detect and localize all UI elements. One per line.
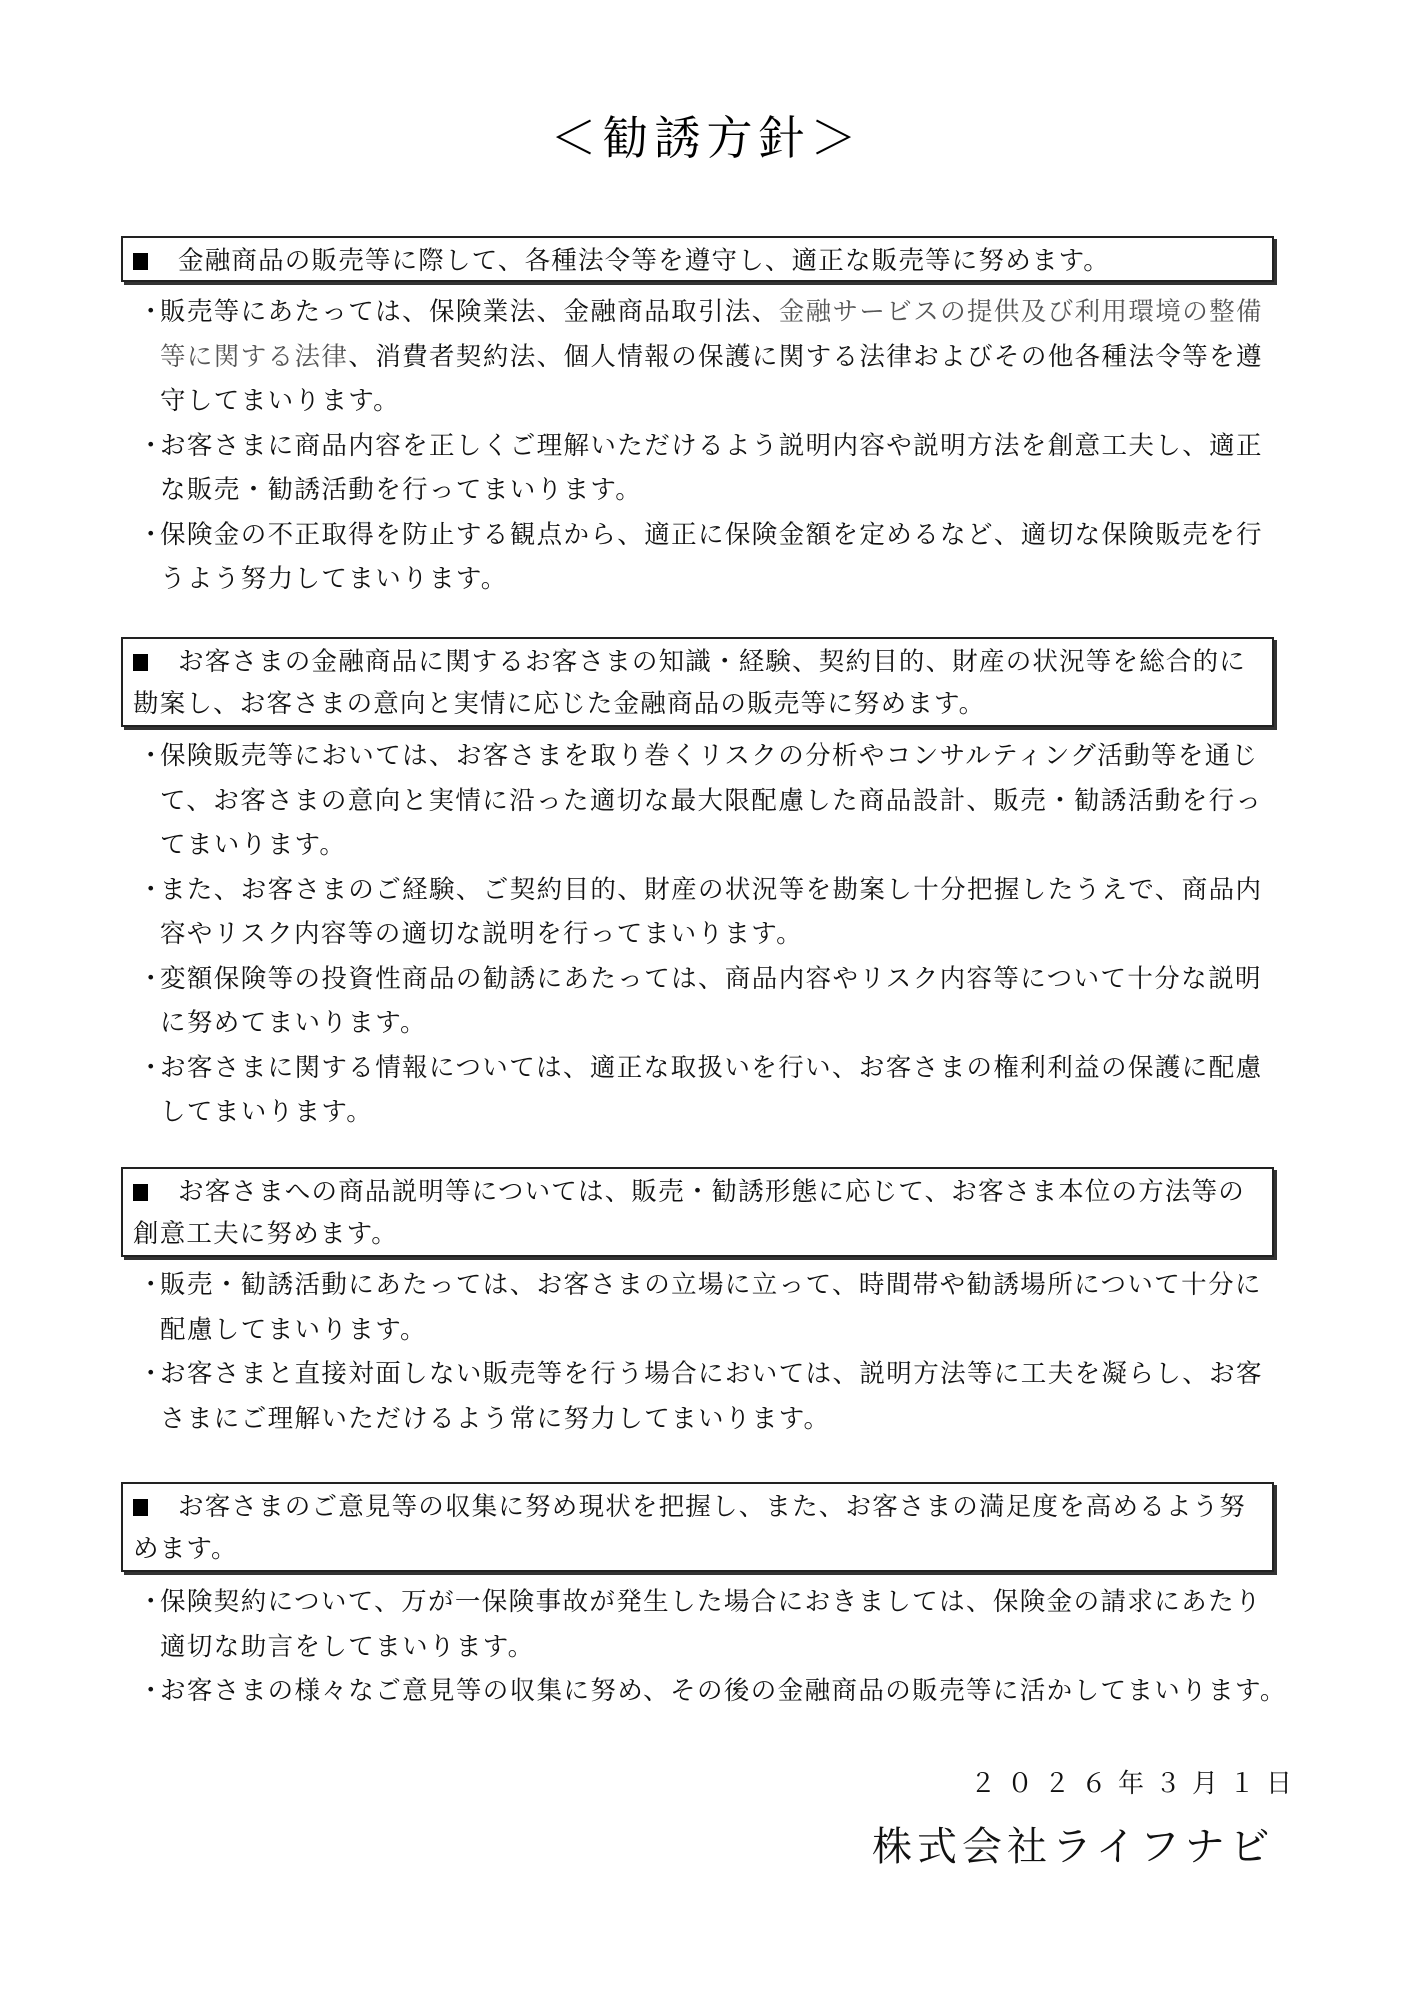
- list-item-text: お客さまの様々なご意見等の収集に努め、その後の金融商品の販売等に活かしてまいりま…: [160, 1676, 1287, 1706]
- square-bullet-icon: [133, 1184, 148, 1201]
- bullet-list: ・ 保険販売等においては、お客さまを取り巻くリスクの分析やコンサルティング活動等…: [138, 734, 1288, 1135]
- list-item-text: また、お客さまのご経験、ご契約目的、財産の状況等を勘案し十分把握したうえで、商品…: [160, 875, 1262, 950]
- page-title: ＜勧誘方針＞: [0, 108, 1413, 168]
- list-item: ・ お客さまに商品内容を正しくご理解いただけるよう説明内容や説明方法を創意工夫し…: [138, 424, 1288, 513]
- list-item-text: お客さまに商品内容を正しくご理解いただけるよう説明内容や説明方法を創意工夫し、適…: [160, 431, 1263, 506]
- square-bullet-icon: [133, 1499, 148, 1516]
- list-item: ・ お客さまに関する情報については、適正な取扱いを行い、お客さまの権利利益の保護…: [138, 1046, 1288, 1135]
- section-heading-box: お客さまの金融商品に関するお客さまの知識・経験、契約目的、財産の状況等を総合的に…: [121, 637, 1274, 727]
- list-item-text: 保険販売等においては、お客さまを取り巻くリスクの分析やコンサルティング活動等を通…: [160, 741, 1262, 860]
- list-item: ・ 販売・勧誘活動にあたっては、お客さまの立場に立って、時間帯や勧誘場所について…: [138, 1263, 1288, 1352]
- list-item-text: 保険金の不正取得を防止する観点から、適正に保険金額を定めるなど、適切な保険販売を…: [160, 520, 1263, 595]
- document-date: ２０２６年３月１日: [970, 1763, 1303, 1800]
- list-item: ・ お客さまと直接対面しない販売等を行う場合においては、説明方法等に工夫を凝らし…: [138, 1352, 1288, 1441]
- list-item-text: 販売・勧誘活動にあたっては、お客さまの立場に立って、時間帯や勧誘場所について十分…: [160, 1270, 1262, 1345]
- policy-document: ＜勧誘方針＞ 金融商品の販売等に際して、各種法令等を遵守し、適正な販売等に努めま…: [0, 0, 1413, 2000]
- list-item: ・ また、お客さまのご経験、ご契約目的、財産の状況等を勘案し十分把握したうえで、…: [138, 868, 1288, 957]
- list-item-text: 販売等にあたっては、保険業法、金融商品取引法、: [160, 297, 779, 327]
- bullet-marker: ・: [138, 424, 160, 469]
- bullet-marker: ・: [138, 957, 160, 1002]
- list-item: ・ 販売等にあたっては、保険業法、金融商品取引法、金融サービスの提供及び利用環境…: [138, 290, 1288, 424]
- square-bullet-icon: [133, 654, 148, 671]
- section-heading-box: お客さまのご意見等の収集に努め現状を把握し、また、お客さまの満足度を高めるよう努…: [121, 1482, 1274, 1572]
- bullet-list: ・ 販売・勧誘活動にあたっては、お客さまの立場に立って、時間帯や勧誘場所について…: [138, 1263, 1288, 1441]
- list-item: ・ 保険契約について、万が一保険事故が発生した場合におきましては、保険金の請求に…: [138, 1580, 1288, 1669]
- section-heading: お客さまの金融商品に関するお客さまの知識・経験、契約目的、財産の状況等を総合的に…: [133, 647, 1246, 719]
- square-bullet-icon: [133, 253, 148, 270]
- section-heading: お客さまへの商品説明等については、販売・勧誘形態に応じて、お客さま本位の方法等の…: [133, 1177, 1245, 1249]
- bullet-marker: ・: [138, 734, 160, 779]
- list-item: ・ 変額保険等の投資性商品の勧誘にあたっては、商品内容やリスク内容等について十分…: [138, 957, 1288, 1046]
- bullet-marker: ・: [138, 290, 160, 335]
- company-name: 株式会社ライフナビ: [872, 1815, 1275, 1872]
- section-heading: お客さまのご意見等の収集に努め現状を把握し、また、お客さまの満足度を高めるよう努…: [133, 1492, 1246, 1564]
- list-item-text: 保険契約について、万が一保険事故が発生した場合におきましては、保険金の請求にあた…: [160, 1587, 1262, 1662]
- bullet-list: ・ 販売等にあたっては、保険業法、金融商品取引法、金融サービスの提供及び利用環境…: [138, 290, 1288, 602]
- list-item: ・ 保険金の不正取得を防止する観点から、適正に保険金額を定めるなど、適切な保険販…: [138, 513, 1288, 602]
- list-item-text: お客さまと直接対面しない販売等を行う場合においては、説明方法等に工夫を凝らし、お…: [160, 1359, 1263, 1434]
- bullet-marker: ・: [138, 1263, 160, 1308]
- bullet-list: ・ 保険契約について、万が一保険事故が発生した場合におきましては、保険金の請求に…: [138, 1580, 1288, 1714]
- bullet-marker: ・: [138, 868, 160, 913]
- list-item: ・ お客さまの様々なご意見等の収集に努め、その後の金融商品の販売等に活かしてまい…: [138, 1669, 1288, 1714]
- list-item-text: 変額保険等の投資性商品の勧誘にあたっては、商品内容やリスク内容等について十分な説…: [160, 964, 1262, 1039]
- section-heading-box: お客さまへの商品説明等については、販売・勧誘形態に応じて、お客さま本位の方法等の…: [121, 1167, 1274, 1257]
- list-item: ・ 保険販売等においては、お客さまを取り巻くリスクの分析やコンサルティング活動等…: [138, 734, 1288, 868]
- bullet-marker: ・: [138, 1580, 160, 1625]
- bullet-marker: ・: [138, 1046, 160, 1091]
- section-heading-box: 金融商品の販売等に際して、各種法令等を遵守し、適正な販売等に努めます。: [121, 236, 1274, 282]
- list-item-text: お客さまに関する情報については、適正な取扱いを行い、お客さまの権利利益の保護に配…: [160, 1053, 1262, 1128]
- bullet-marker: ・: [138, 1669, 160, 1714]
- bullet-marker: ・: [138, 513, 160, 558]
- section-heading: 金融商品の販売等に際して、各種法令等を遵守し、適正な販売等に努めます。: [178, 246, 1110, 276]
- bullet-marker: ・: [138, 1352, 160, 1397]
